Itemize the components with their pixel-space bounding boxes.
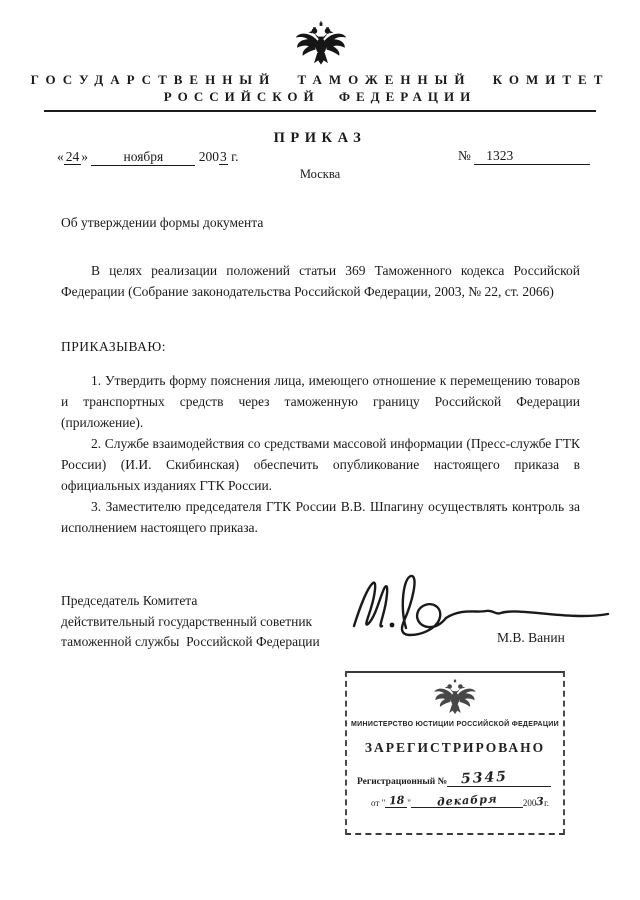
date-quote-close: » bbox=[81, 149, 88, 164]
signatory-position-line2: действительный государственный советник bbox=[61, 614, 312, 629]
date-day: 24 bbox=[64, 149, 82, 165]
number-value: 1323 bbox=[474, 148, 590, 165]
signatory-position: Председатель Комитета действительный гос… bbox=[61, 591, 320, 653]
order-item-1: 1. Утвердить форму пояснения лица, имеющ… bbox=[61, 370, 580, 433]
date-suffix: г. bbox=[231, 149, 238, 164]
preamble-paragraph: В целях реализации положений статьи 369 … bbox=[61, 260, 580, 302]
org-name-line1: ГОСУДАРСТВЕННЫЙ ТАМОЖЕННЫЙ КОМИТЕТ bbox=[0, 72, 640, 88]
stamp-date-suffix: г. bbox=[544, 798, 549, 808]
signatory-position-line3: таможенной службы Российской Федерации bbox=[61, 634, 320, 649]
document-title: ПРИКАЗ bbox=[0, 130, 640, 147]
registration-stamp: МИНИСТЕРСТВО ЮСТИЦИИ РОССИЙСКОЙ ФЕДЕРАЦИ… bbox=[345, 671, 565, 835]
stamp-reg-label: Регистрационный № bbox=[357, 777, 447, 787]
order-item-3: 3. Заместителю председателя ГТК России В… bbox=[61, 496, 580, 538]
stamp-reg-number-handwritten: 5345 bbox=[461, 769, 509, 787]
subject-line: Об утверждении формы документа bbox=[61, 215, 579, 231]
stamp-date-month-handwritten: декабря bbox=[436, 792, 497, 808]
signatory-position-line1: Председатель Комитета bbox=[61, 593, 197, 608]
stamp-date-year-prefix: 200 bbox=[523, 798, 537, 808]
org-name-line2: РОССИЙСКОЙ ФЕДЕРАЦИИ bbox=[0, 89, 640, 105]
stamp-date-day-handwritten: 18 bbox=[388, 794, 404, 808]
date-month: ноября bbox=[91, 149, 195, 166]
header-divider bbox=[44, 110, 596, 112]
stamp-registration-number-line: Регистрационный № 5345 bbox=[357, 770, 551, 787]
stamp-date-prefix: от " bbox=[371, 798, 385, 808]
order-number: № 1323 bbox=[458, 148, 590, 165]
date-year-prefix: 200 bbox=[199, 149, 219, 164]
order-word: ПРИКАЗЫВАЮ: bbox=[61, 339, 166, 355]
stamp-coat-of-arms-icon bbox=[432, 678, 478, 718]
date-quote-open: « bbox=[57, 149, 64, 164]
order-date: «24» ноября 2003 г. bbox=[57, 149, 239, 166]
signature-icon bbox=[350, 568, 612, 640]
stamp-date-line: от " 18 " декабря 2003г. bbox=[371, 794, 549, 808]
stamp-registered-label: ЗАРЕГИСТРИРОВАНО bbox=[347, 740, 563, 756]
stamp-ministry-line: МИНИСТЕРСТВО ЮСТИЦИИ РОССИЙСКОЙ ФЕДЕРАЦИ… bbox=[347, 721, 563, 728]
date-year-digit: 3 bbox=[219, 149, 228, 165]
stamp-date-year-digit-handwritten: 3 bbox=[536, 795, 544, 808]
coat-of-arms-icon bbox=[293, 20, 349, 70]
order-item-2: 2. Службе взаимодействия со средствами м… bbox=[61, 433, 580, 496]
order-items: 1. Утвердить форму пояснения лица, имеющ… bbox=[61, 370, 580, 538]
city-label: Москва bbox=[0, 167, 640, 182]
number-label: № bbox=[458, 148, 471, 163]
signatory-name: М.В. Ванин bbox=[497, 630, 565, 646]
